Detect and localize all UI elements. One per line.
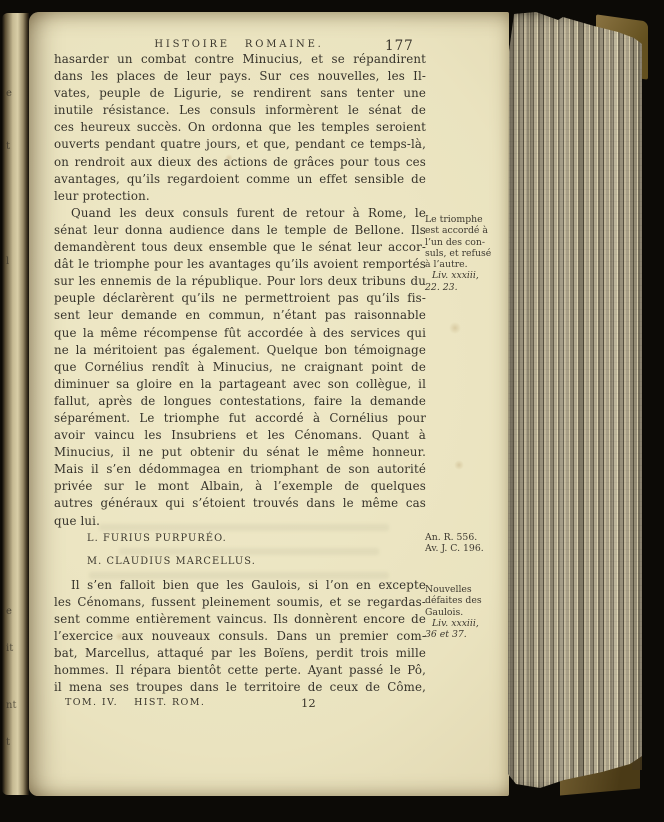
text-line: que lui.: [54, 514, 426, 531]
page-fragment: it: [6, 643, 13, 654]
text-line: Il s’en falloit bien que les Gaulois, si…: [54, 578, 426, 595]
text-line: sent comme entièrement vaincus. Ils donn…: [54, 612, 426, 629]
note-reference: Liv. xxxiii,36 et 37.: [425, 618, 509, 641]
text-line: sent leur demande en commun, n’étant pas…: [54, 308, 426, 325]
text-line: que Cornélius rendît à Minucius, ne crai…: [54, 360, 426, 377]
text-line: sur les ennemis de la république. Pour l…: [54, 274, 426, 291]
note-ref-line: Liv. xxxiii,: [425, 618, 509, 629]
text-line: hasarder un combat contre Minucius, et s…: [54, 52, 426, 69]
consul-heading: L. FURIUS PURPURÉO.M. CLAUDIUS MARCELLUS…: [87, 533, 256, 579]
book-page: HISTOIRE ROMAINE. 177 hasarder un combat…: [29, 12, 509, 796]
text-line: avantages, qu’ils regardoient comme un e…: [54, 172, 426, 189]
page-fragment: nt: [6, 700, 16, 711]
text-line: les Cénomans, fussent pleinement soumis,…: [54, 595, 426, 612]
fore-edge-pages: [506, 12, 642, 794]
note-text: Nouvellesdéfaites desGaulois.: [425, 584, 509, 618]
consul-name-line: M. CLAUDIUS MARCELLUS.: [87, 556, 256, 579]
text-line: demandèrent tous deux ensemble que le sé…: [54, 240, 426, 257]
text-line: dans les places de leur pays. Sur ces no…: [54, 69, 426, 86]
text-line: diminuer sa gloire en la partageant avec…: [54, 377, 426, 394]
note-text: An. R. 556.Av. J. C. 196.: [425, 532, 509, 555]
text-line: avoir vaincu les Insubriens et les Cénom…: [54, 428, 426, 445]
running-title: HISTOIRE ROMAINE.: [53, 39, 425, 50]
text-line: Mais il s’en dédommagea en triomphant de…: [54, 462, 426, 479]
foxing-spot: [449, 322, 461, 334]
note-text: Le triompheest accordé àl’un des con-sul…: [425, 214, 509, 270]
paragraph-2: Quand les deux consuls furent de retour …: [54, 206, 426, 531]
page-fragment: t: [6, 737, 10, 748]
text-line: inutile résistance. Les consuls informèr…: [54, 103, 426, 120]
text-line: que la même récompense fût accordée à de…: [54, 326, 426, 343]
note-ref-line: Liv. xxxiii,: [425, 270, 509, 281]
footer-volume: TOM. IV.: [65, 697, 118, 708]
text-line: leur protection.: [54, 189, 426, 206]
foxing-spot: [454, 460, 464, 470]
margin-note-triumph: Le triompheest accordé àl’un des con-sul…: [425, 214, 509, 293]
text-line: peuple déclarèrent qu’ils ne permettroie…: [54, 291, 426, 308]
note-text-line: Le triomphe: [425, 214, 509, 225]
consul-name-line: L. FURIUS PURPURÉO.: [87, 533, 256, 556]
text-line: ne la méritoient pas également. Quelque …: [54, 343, 426, 360]
note-ref-line: 22. 23.: [425, 282, 509, 293]
text-line: dât le triomphe pour les avantages qu’il…: [54, 257, 426, 274]
body-text: hasarder un combat contre Minucius, et s…: [54, 52, 426, 531]
footer-work: HIST. ROM.: [134, 697, 205, 708]
paragraph-1: hasarder un combat contre Minucius, et s…: [54, 52, 426, 206]
text-line: autres généraux qui s’étoient trouvés da…: [54, 496, 426, 513]
margin-note-gauls: Nouvellesdéfaites desGaulois. Liv. xxxii…: [425, 584, 509, 640]
note-text-line: suls, et refusé: [425, 248, 509, 259]
footer-imprint: TOM. IV.HIST. ROM.: [65, 697, 205, 708]
text-line: on rendroit aux dieux des actions de grâ…: [54, 155, 426, 172]
note-text-line: est accordé à: [425, 225, 509, 236]
page-fragment: e: [6, 88, 12, 99]
text-line: fallut, après de longues contestations, …: [54, 394, 426, 411]
text-line: Quand les deux consuls furent de retour …: [54, 206, 426, 223]
paragraph-3: Il s’en falloit bien que les Gaulois, si…: [54, 578, 426, 697]
page-fragment: t: [6, 141, 10, 152]
text-line: sénat leur donna audience dans le temple…: [54, 223, 426, 240]
note-ref-line: 36 et 37.: [425, 629, 509, 640]
note-text-line: An. R. 556.: [425, 532, 509, 543]
text-line: ouverts pendant quatre jours, et que, pe…: [54, 137, 426, 154]
note-text-line: l’un des con-: [425, 237, 509, 248]
text-line: bat, Marcellus, attaqué par les Boïens, …: [54, 646, 426, 663]
text-line: Minucius, il ne put obtenir du sénat le …: [54, 445, 426, 462]
note-text-line: à l’autre.: [425, 259, 509, 270]
note-text-line: Av. J. C. 196.: [425, 543, 509, 554]
page-fragment: l: [6, 256, 9, 267]
text-line: privée sur le mont Albain, à l’exemple d…: [54, 479, 426, 496]
book-scan: e t l e it nt t HISTOIRE ROMAINE. 177 ha…: [0, 0, 664, 822]
text-line: hommes. Il répara bientôt cette perte. A…: [54, 663, 426, 680]
page-fragment: e: [6, 606, 12, 617]
text-line: séparément. Le triomphe fut accordé à Co…: [54, 411, 426, 428]
text-line: l’exercice aux nouveaux consuls. Dans un…: [54, 629, 426, 646]
margin-note-year: An. R. 556.Av. J. C. 196.: [425, 532, 509, 555]
text-line: il mena ses troupes dans le territoire d…: [54, 680, 426, 697]
note-reference: Liv. xxxiii,22. 23.: [425, 270, 509, 293]
note-text-line: défaites des: [425, 595, 509, 606]
note-text-line: Nouvelles: [425, 584, 509, 595]
footer-signature: 12: [301, 696, 316, 710]
note-text-line: Gaulois.: [425, 607, 509, 618]
text-line: vates, peuple de Ligurie, se rendirent s…: [54, 86, 426, 103]
facing-page-edge: e t l e it nt t: [2, 13, 29, 795]
text-line: ces heureux succès. On ordonna que les t…: [54, 120, 426, 137]
